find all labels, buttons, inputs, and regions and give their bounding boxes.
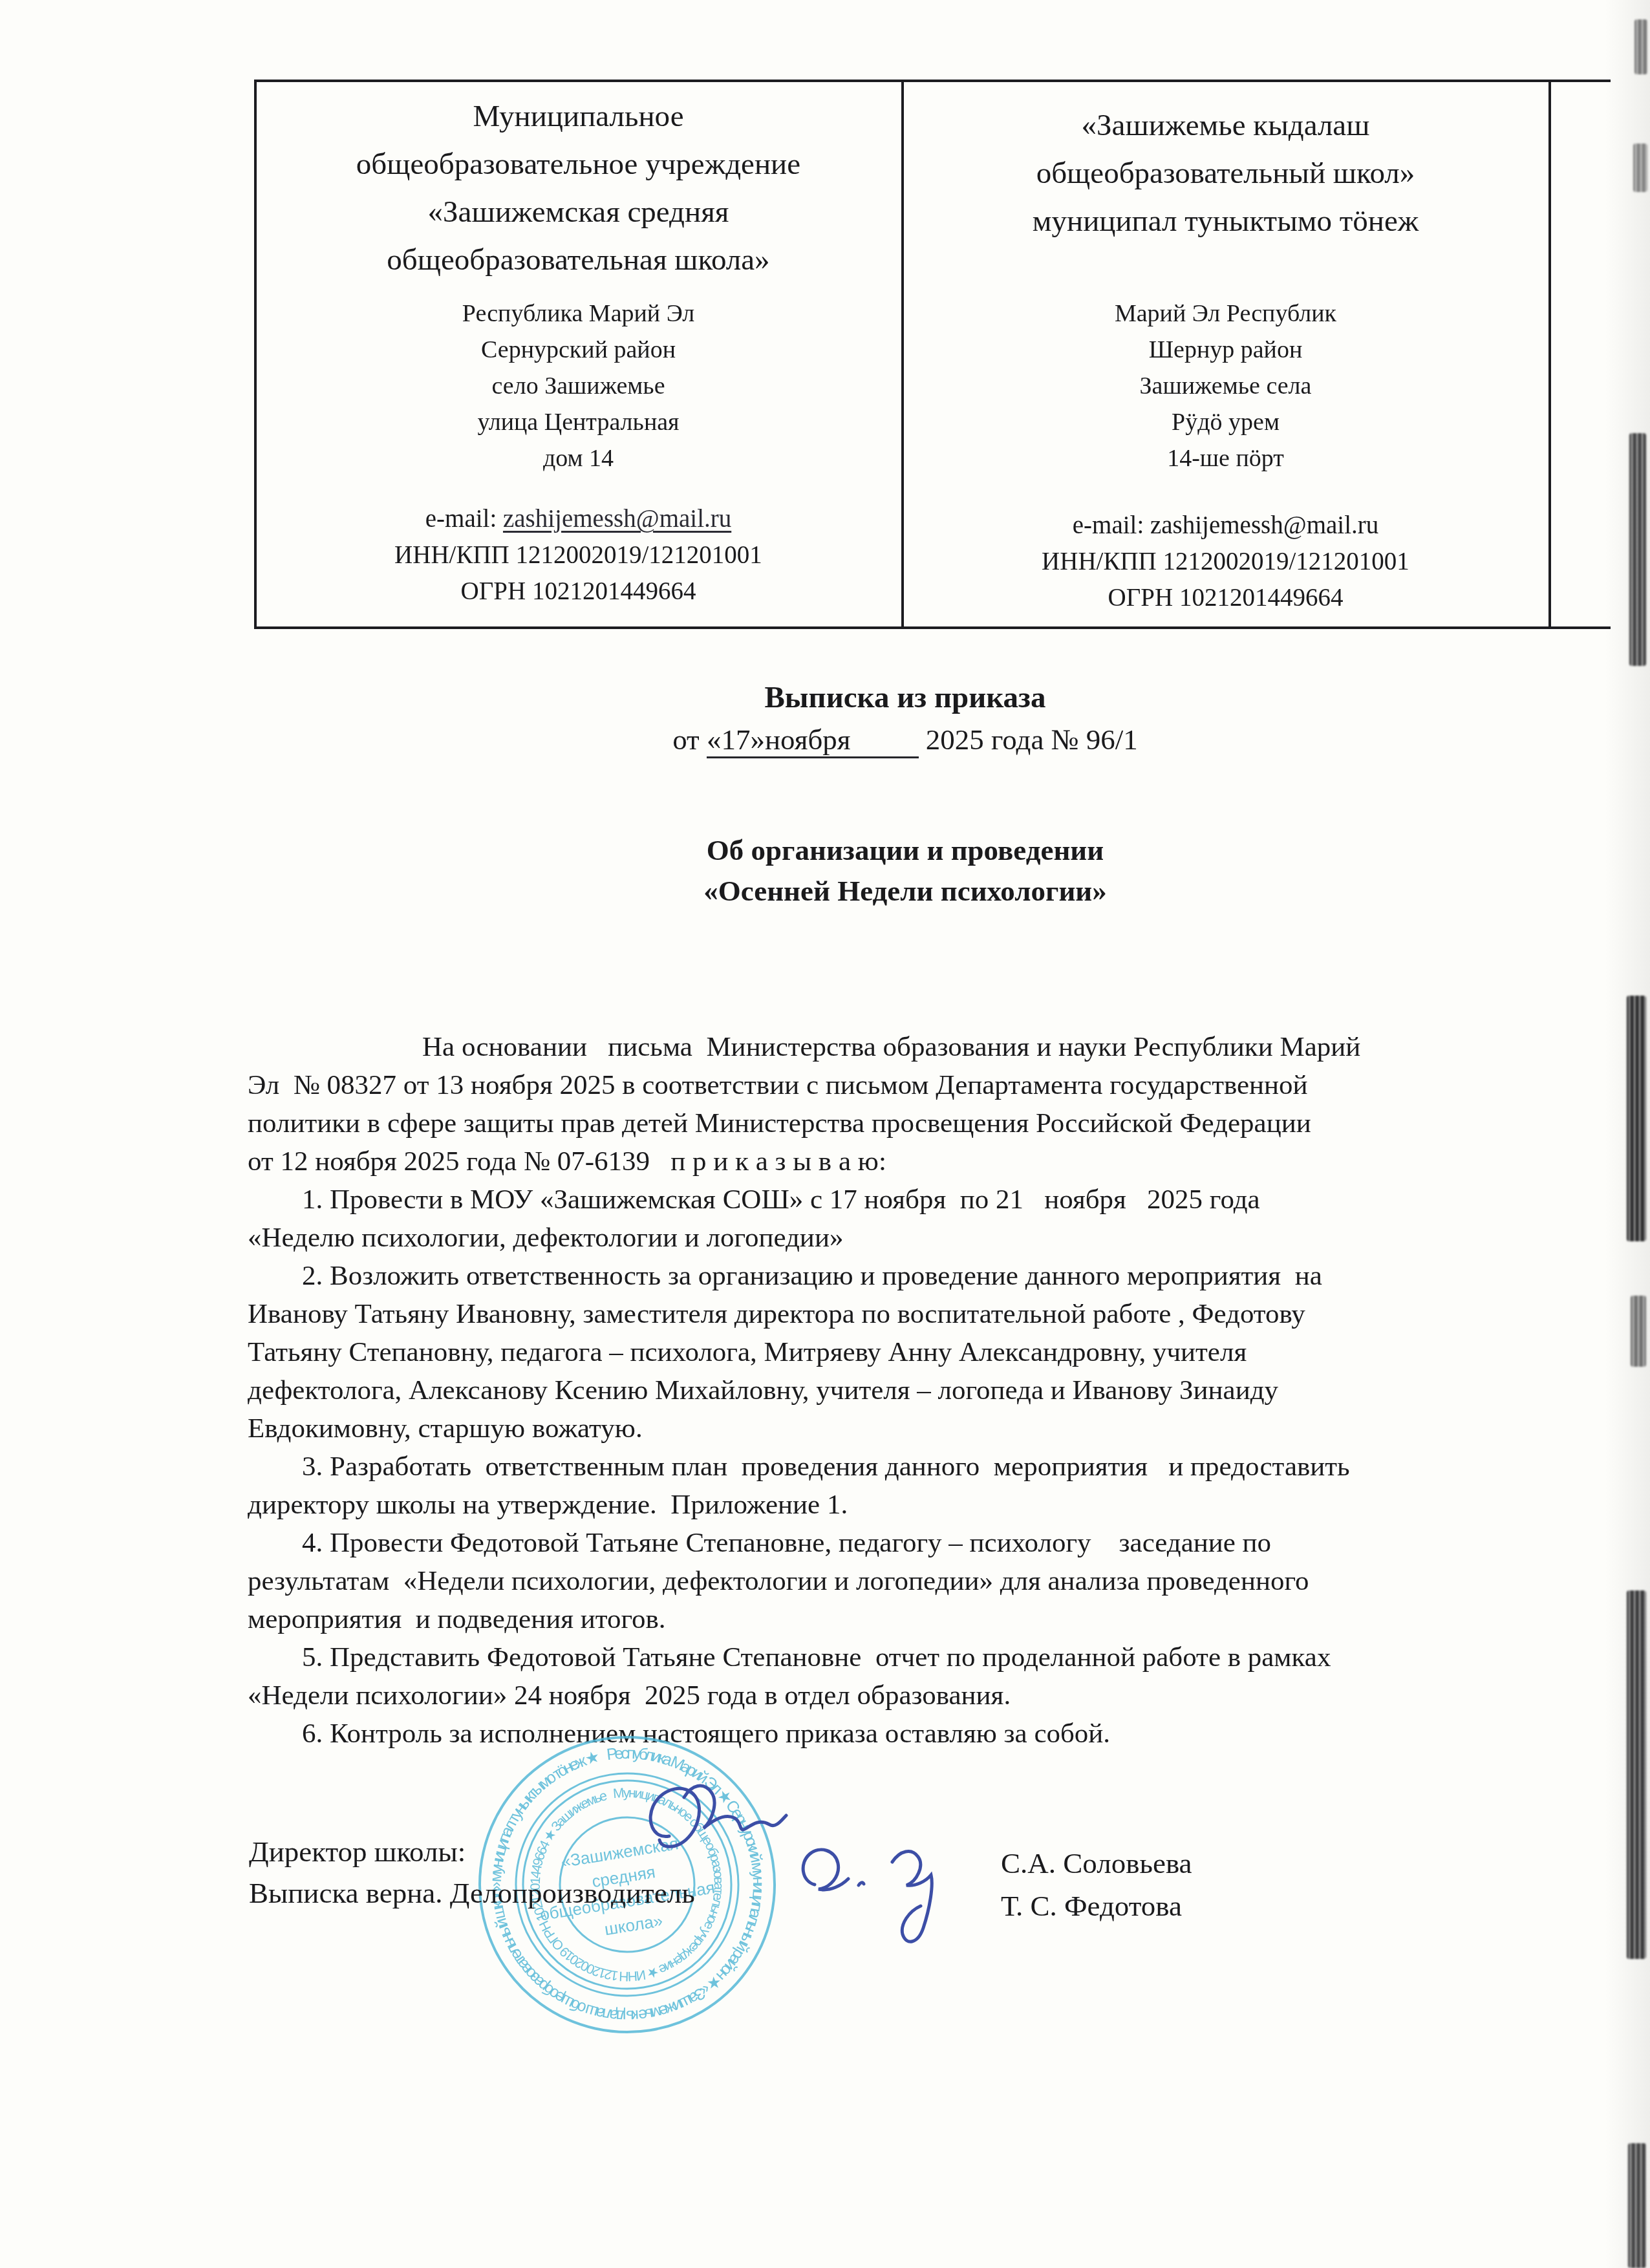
org-name-line: муниципал туныктымо тӧнеж <box>904 197 1547 245</box>
org-name-line: общеобразовательная школа» <box>257 236 900 284</box>
body-line: политики в сфере защиты прав детей Минис… <box>248 1104 1589 1142</box>
address-line: дом 14 <box>257 440 900 476</box>
body-line: 2. Возложить ответственность за организа… <box>248 1257 1589 1295</box>
address-line: Рӱдӧ урем <box>904 404 1547 440</box>
letterhead-border-bottom <box>254 626 1611 629</box>
letterhead-border-right <box>1548 80 1551 629</box>
body-line: 6. Контроль за исполнением настоящего пр… <box>248 1715 1589 1753</box>
body-line: 3. Разработать ответственным план провед… <box>248 1448 1589 1486</box>
inn-kpp-line: ИНН/КПП 1212002019/121201001 <box>904 544 1547 580</box>
scan-smudge <box>1634 19 1647 74</box>
body-line: Иванову Татьяну Ивановну, заместителя ди… <box>248 1295 1589 1333</box>
org-name-line: «Зашижемье кыдалаш <box>904 102 1547 149</box>
doc-title: Выписка из приказа <box>249 680 1561 715</box>
body-line: 5. Представить Федотовой Татьяне Степано… <box>248 1638 1589 1676</box>
address-line: Зашижемье села <box>904 368 1547 404</box>
org-name-line: общеобразовательное учреждение <box>257 140 900 188</box>
director-signature-ink <box>650 1786 786 1846</box>
address-ru: Республика Марий ЭлСернурский районсело … <box>257 295 900 476</box>
body-line: 4. Провести Федотовой Татьяне Степановне… <box>248 1524 1589 1562</box>
body-line: директору школы на утверждение. Приложен… <box>248 1486 1589 1524</box>
address-mari: Марий Эл РеспубликШернур районЗашижемье … <box>904 295 1547 476</box>
ogrn-line: ОГРН 1021201449664 <box>257 573 900 610</box>
clerk-name: Т. С. Федотова <box>1001 1889 1182 1923</box>
email-line: e-mail: zashijemessh@mail.ru <box>257 501 900 537</box>
org-name-mari: «Зашижемье кыдалашобщеобразовательный шк… <box>904 102 1547 245</box>
body-line: 1. Провести в МОУ «Зашижемская СОШ» с 17… <box>248 1181 1589 1219</box>
scan-smudge <box>1627 1590 1646 1959</box>
contact-mari: e-mail: zashijemessh@mail.ru ИНН/КПП 121… <box>904 508 1547 616</box>
address-line: село Зашижемье <box>257 368 900 404</box>
director-name: С.А. Соловьева <box>1001 1846 1192 1880</box>
scan-smudge <box>1633 144 1647 192</box>
email-label: e-mail: <box>425 505 503 533</box>
order-body: На основании письма Министерства образов… <box>248 1028 1589 1753</box>
letterhead-right: «Зашижемье кыдалашобщеобразовательный шк… <box>904 82 1547 625</box>
email-link: zashijemessh@mail.ru <box>503 505 731 533</box>
order-subject: Об организации и проведении «Осенней Нед… <box>249 830 1561 912</box>
body-line: Эл № 08327 от 13 ноября 2025 в соответст… <box>248 1066 1589 1104</box>
scan-smudge <box>1631 1296 1646 1367</box>
contact-ru: e-mail: zashijemessh@mail.ru ИНН/КПП 121… <box>257 501 900 610</box>
address-line: Сернурский район <box>257 332 900 368</box>
address-line: 14-ше пӧрт <box>904 440 1547 476</box>
scan-smudge <box>1628 2143 1646 2268</box>
handwritten-signatures <box>608 1759 996 1991</box>
date-suffix: 2025 года № 96/1 <box>919 723 1138 756</box>
date-prefix: от <box>672 723 707 756</box>
ogrn-line: ОГРН 1021201449664 <box>904 580 1547 616</box>
address-line: Марий Эл Республик <box>904 295 1547 332</box>
address-line: Шернур район <box>904 332 1547 368</box>
org-name-line: общеобразовательный школ» <box>904 149 1547 197</box>
body-line: Татьяну Степановну, педагога – психолога… <box>248 1333 1589 1371</box>
scan-smudge <box>1629 433 1646 666</box>
body-line: дефектолога, Алексанову Ксению Михайловн… <box>248 1371 1589 1409</box>
org-name-line: Муниципальное <box>257 92 900 140</box>
address-line: Республика Марий Эл <box>257 295 900 332</box>
letterhead-left: Муниципальноеобщеобразовательное учрежде… <box>257 82 900 625</box>
body-line: Евдокимовну, старшую вожатую. <box>248 1409 1589 1448</box>
address-line: улица Центральная <box>257 404 900 440</box>
subject-line-2: «Осенней Недели психологии» <box>249 871 1561 912</box>
subject-line-1: Об организации и проведении <box>249 830 1561 871</box>
email-line: e-mail: zashijemessh@mail.ru <box>904 508 1547 544</box>
org-name-line: «Зашижемская средняя <box>257 188 900 236</box>
org-name-ru: Муниципальноеобщеобразовательное учрежде… <box>257 92 900 284</box>
body-line: от 12 ноября 2025 года № 07-6139 п р и к… <box>248 1142 1589 1181</box>
scan-smudge <box>1627 996 1646 1241</box>
director-label: Директор школы: <box>249 1835 466 1868</box>
order-date-line: от «17»ноября 2025 года № 96/1 <box>249 723 1561 758</box>
inn-kpp-line: ИНН/КПП 1212002019/121201001 <box>257 537 900 573</box>
body-line: «Недели психологии» 24 ноября 2025 года … <box>248 1676 1589 1715</box>
body-line: мероприятия и подведения итогов. <box>248 1600 1589 1638</box>
scanned-order-document: Муниципальноеобщеобразовательное учрежде… <box>0 0 1650 2268</box>
body-line: На основании письма Министерства образов… <box>248 1028 1589 1066</box>
clerk-signature-ink <box>803 1850 932 1942</box>
body-line: результатам «Недели психологии, дефектол… <box>248 1562 1589 1600</box>
body-line: «Неделю психологии, дефектологии и логоп… <box>248 1219 1589 1257</box>
date-underlined: «17»ноября <box>707 723 919 758</box>
